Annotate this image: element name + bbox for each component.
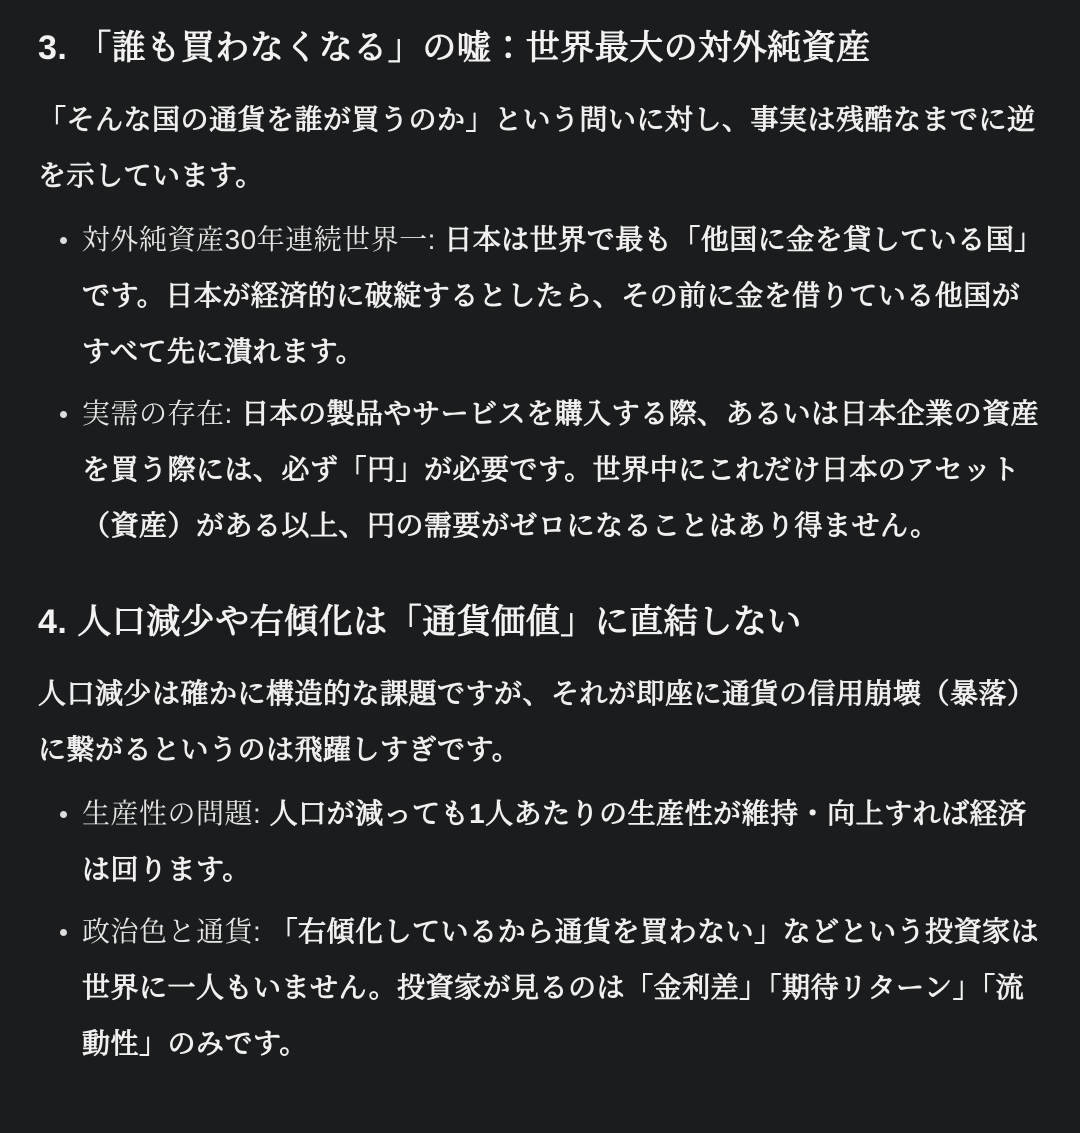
section-world-largest-net-assets: 3. 「誰も買わなくなる」の嘘：世界最大の対外純資産 「そんな国の通貨を誰が買う… xyxy=(38,26,1042,554)
section-heading: 4. 人口減少や右傾化は「通貨価値」に直結しない xyxy=(38,600,1042,644)
bullet-list: 生産性の問題: 人口が減っても1人あたりの生産性が維持・向上すれば経済は回ります… xyxy=(38,786,1042,1072)
bullet-list: 対外純資産30年連続世界一: 日本は世界で最も「他国に金を貸している国」です。日… xyxy=(38,212,1042,554)
bullet-label: 政治色と通貨: xyxy=(82,916,270,947)
section-heading: 3. 「誰も買わなくなる」の嘘：世界最大の対外純資産 xyxy=(38,26,1042,70)
bullet-item: 対外純資産30年連続世界一: 日本は世界で最も「他国に金を貸している国」です。日… xyxy=(82,212,1042,380)
document-page: 3. 「誰も買わなくなる」の嘘：世界最大の対外純資産 「そんな国の通貨を誰が買う… xyxy=(0,0,1080,1133)
bullet-label: 生産性の問題: xyxy=(82,798,270,829)
bullet-item: 生産性の問題: 人口が減っても1人あたりの生産性が維持・向上すれば経済は回ります… xyxy=(82,786,1042,898)
section-intro: 人口減少は確かに構造的な課題ですが、それが即座に通貨の信用崩壊（暴落）に繋がると… xyxy=(38,666,1042,778)
section-population-decline: 4. 人口減少や右傾化は「通貨価値」に直結しない 人口減少は確かに構造的な課題で… xyxy=(38,600,1042,1072)
bullet-item: 実需の存在: 日本の製品やサービスを購入する際、あるいは日本企業の資産を買う際に… xyxy=(82,386,1042,554)
bullet-item: 政治色と通貨: 「右傾化しているから通貨を買わない」などという投資家は世界に一人… xyxy=(82,904,1042,1072)
bullet-label: 対外純資産30年連続世界一: xyxy=(82,224,444,255)
section-intro: 「そんな国の通貨を誰が買うのか」という問いに対し、事実は残酷なまでに逆を示してい… xyxy=(38,92,1042,204)
bullet-label: 実需の存在: xyxy=(82,398,241,429)
